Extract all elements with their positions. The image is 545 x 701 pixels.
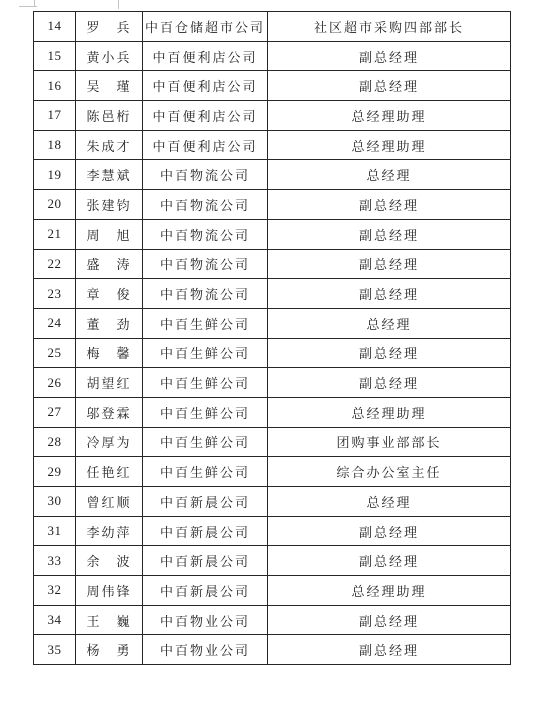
table-row: 34 王 巍 中百物业公司 副总经理 — [34, 605, 511, 635]
serial-cell: 21 — [34, 219, 76, 249]
name-cell: 邬登霖 — [76, 397, 143, 427]
table-row: 23 章 俊 中百物流公司 副总经理 — [34, 279, 511, 309]
table-row: 14 罗 兵 中百仓储超市公司 社区超市采购四部部长 — [34, 12, 511, 42]
position-cell: 副总经理 — [268, 279, 511, 309]
position-cell: 副总经理 — [268, 635, 511, 665]
name-cell: 周 旭 — [76, 219, 143, 249]
serial-cell: 34 — [34, 605, 76, 635]
company-cell: 中百新晨公司 — [143, 487, 268, 517]
name-cell: 盛 涛 — [76, 249, 143, 279]
name-cell: 黄小兵 — [76, 41, 143, 71]
serial-cell: 32 — [34, 576, 76, 606]
company-cell: 中百生鲜公司 — [143, 338, 268, 368]
serial-cell: 26 — [34, 368, 76, 398]
table-row: 17 陈邑桁 中百便利店公司 总经理助理 — [34, 101, 511, 131]
position-cell: 副总经理 — [268, 338, 511, 368]
name-cell: 李幼萍 — [76, 516, 143, 546]
position-cell: 总经理 — [268, 160, 511, 190]
serial-cell: 33 — [34, 546, 76, 576]
name-cell: 任艳红 — [76, 457, 143, 487]
table-row: 21 周 旭 中百物流公司 副总经理 — [34, 219, 511, 249]
company-cell: 中百新晨公司 — [143, 576, 268, 606]
position-cell: 副总经理 — [268, 41, 511, 71]
name-cell: 朱成才 — [76, 130, 143, 160]
serial-cell: 30 — [34, 487, 76, 517]
company-cell: 中百物业公司 — [143, 605, 268, 635]
serial-cell: 18 — [34, 130, 76, 160]
name-cell: 梅 馨 — [76, 338, 143, 368]
serial-cell: 28 — [34, 427, 76, 457]
table-row: 18 朱成才 中百便利店公司 总经理助理 — [34, 130, 511, 160]
position-cell: 总经理助理 — [268, 397, 511, 427]
name-cell: 张建钧 — [76, 190, 143, 220]
table-row: 16 吴 瑾 中百便利店公司 副总经理 — [34, 71, 511, 101]
name-cell: 陈邑桁 — [76, 101, 143, 131]
table-row: 31 李幼萍 中百新晨公司 副总经理 — [34, 516, 511, 546]
table-row: 24 董 劲 中百生鲜公司 总经理 — [34, 308, 511, 338]
table-row: 25 梅 馨 中百生鲜公司 副总经理 — [34, 338, 511, 368]
table-row: 22 盛 涛 中百物流公司 副总经理 — [34, 249, 511, 279]
table-row: 28 冷厚为 中百生鲜公司 团购事业部部长 — [34, 427, 511, 457]
serial-cell: 20 — [34, 190, 76, 220]
position-cell: 副总经理 — [268, 516, 511, 546]
table-row: 30 曾红顺 中百新晨公司 总经理 — [34, 487, 511, 517]
serial-cell: 14 — [34, 12, 76, 42]
name-cell: 王 巍 — [76, 605, 143, 635]
serial-cell: 17 — [34, 101, 76, 131]
position-cell: 总经理 — [268, 487, 511, 517]
serial-cell: 23 — [34, 279, 76, 309]
name-cell: 胡望红 — [76, 368, 143, 398]
serial-cell: 15 — [34, 41, 76, 71]
company-cell: 中百便利店公司 — [143, 130, 268, 160]
serial-cell: 31 — [34, 516, 76, 546]
table-row: 32 周伟锋 中百新晨公司 总经理助理 — [34, 576, 511, 606]
table-row: 35 杨 勇 中百物业公司 副总经理 — [34, 635, 511, 665]
position-cell: 综合办公室主任 — [268, 457, 511, 487]
company-cell: 中百仓储超市公司 — [143, 12, 268, 42]
position-cell: 社区超市采购四部部长 — [268, 12, 511, 42]
table-row: 19 李慧斌 中百物流公司 总经理 — [34, 160, 511, 190]
company-cell: 中百新晨公司 — [143, 546, 268, 576]
name-cell: 杨 勇 — [76, 635, 143, 665]
position-cell: 副总经理 — [268, 249, 511, 279]
company-cell: 中百便利店公司 — [143, 71, 268, 101]
position-cell: 总经理助理 — [268, 101, 511, 131]
company-cell: 中百物流公司 — [143, 219, 268, 249]
name-cell: 曾红顺 — [76, 487, 143, 517]
position-cell: 副总经理 — [268, 190, 511, 220]
company-cell: 中百物业公司 — [143, 635, 268, 665]
company-cell: 中百生鲜公司 — [143, 397, 268, 427]
name-cell: 吴 瑾 — [76, 71, 143, 101]
page-artifact-line — [118, 0, 119, 9]
document-page: 14 罗 兵 中百仓储超市公司 社区超市采购四部部长 15 黄小兵 中百便利店公… — [0, 0, 545, 701]
company-cell: 中百物流公司 — [143, 279, 268, 309]
position-cell: 副总经理 — [268, 71, 511, 101]
table-row: 20 张建钧 中百物流公司 副总经理 — [34, 190, 511, 220]
personnel-table: 14 罗 兵 中百仓储超市公司 社区超市采购四部部长 15 黄小兵 中百便利店公… — [33, 11, 511, 665]
name-cell: 董 劲 — [76, 308, 143, 338]
name-cell: 李慧斌 — [76, 160, 143, 190]
serial-cell: 16 — [34, 71, 76, 101]
serial-cell: 27 — [34, 397, 76, 427]
name-cell: 余 波 — [76, 546, 143, 576]
personnel-table-body: 14 罗 兵 中百仓储超市公司 社区超市采购四部部长 15 黄小兵 中百便利店公… — [34, 12, 511, 665]
name-cell: 周伟锋 — [76, 576, 143, 606]
table-row: 27 邬登霖 中百生鲜公司 总经理助理 — [34, 397, 511, 427]
company-cell: 中百生鲜公司 — [143, 457, 268, 487]
serial-cell: 22 — [34, 249, 76, 279]
position-cell: 副总经理 — [268, 546, 511, 576]
serial-cell: 24 — [34, 308, 76, 338]
table-row: 15 黄小兵 中百便利店公司 副总经理 — [34, 41, 511, 71]
company-cell: 中百物流公司 — [143, 249, 268, 279]
position-cell: 团购事业部部长 — [268, 427, 511, 457]
company-cell: 中百生鲜公司 — [143, 308, 268, 338]
serial-cell: 29 — [34, 457, 76, 487]
company-cell: 中百便利店公司 — [143, 101, 268, 131]
position-cell: 总经理助理 — [268, 130, 511, 160]
name-cell: 罗 兵 — [76, 12, 143, 42]
position-cell: 总经理助理 — [268, 576, 511, 606]
company-cell: 中百物流公司 — [143, 160, 268, 190]
company-cell: 中百便利店公司 — [143, 41, 268, 71]
position-cell: 副总经理 — [268, 368, 511, 398]
name-cell: 冷厚为 — [76, 427, 143, 457]
company-cell: 中百物流公司 — [143, 190, 268, 220]
serial-cell: 25 — [34, 338, 76, 368]
company-cell: 中百生鲜公司 — [143, 368, 268, 398]
position-cell: 副总经理 — [268, 605, 511, 635]
table-row: 33 余 波 中百新晨公司 副总经理 — [34, 546, 511, 576]
table-row: 26 胡望红 中百生鲜公司 副总经理 — [34, 368, 511, 398]
table-row: 29 任艳红 中百生鲜公司 综合办公室主任 — [34, 457, 511, 487]
company-cell: 中百生鲜公司 — [143, 427, 268, 457]
serial-cell: 19 — [34, 160, 76, 190]
page-artifact-line — [34, 0, 35, 7]
position-cell: 副总经理 — [268, 219, 511, 249]
company-cell: 中百新晨公司 — [143, 516, 268, 546]
position-cell: 总经理 — [268, 308, 511, 338]
serial-cell: 35 — [34, 635, 76, 665]
name-cell: 章 俊 — [76, 279, 143, 309]
